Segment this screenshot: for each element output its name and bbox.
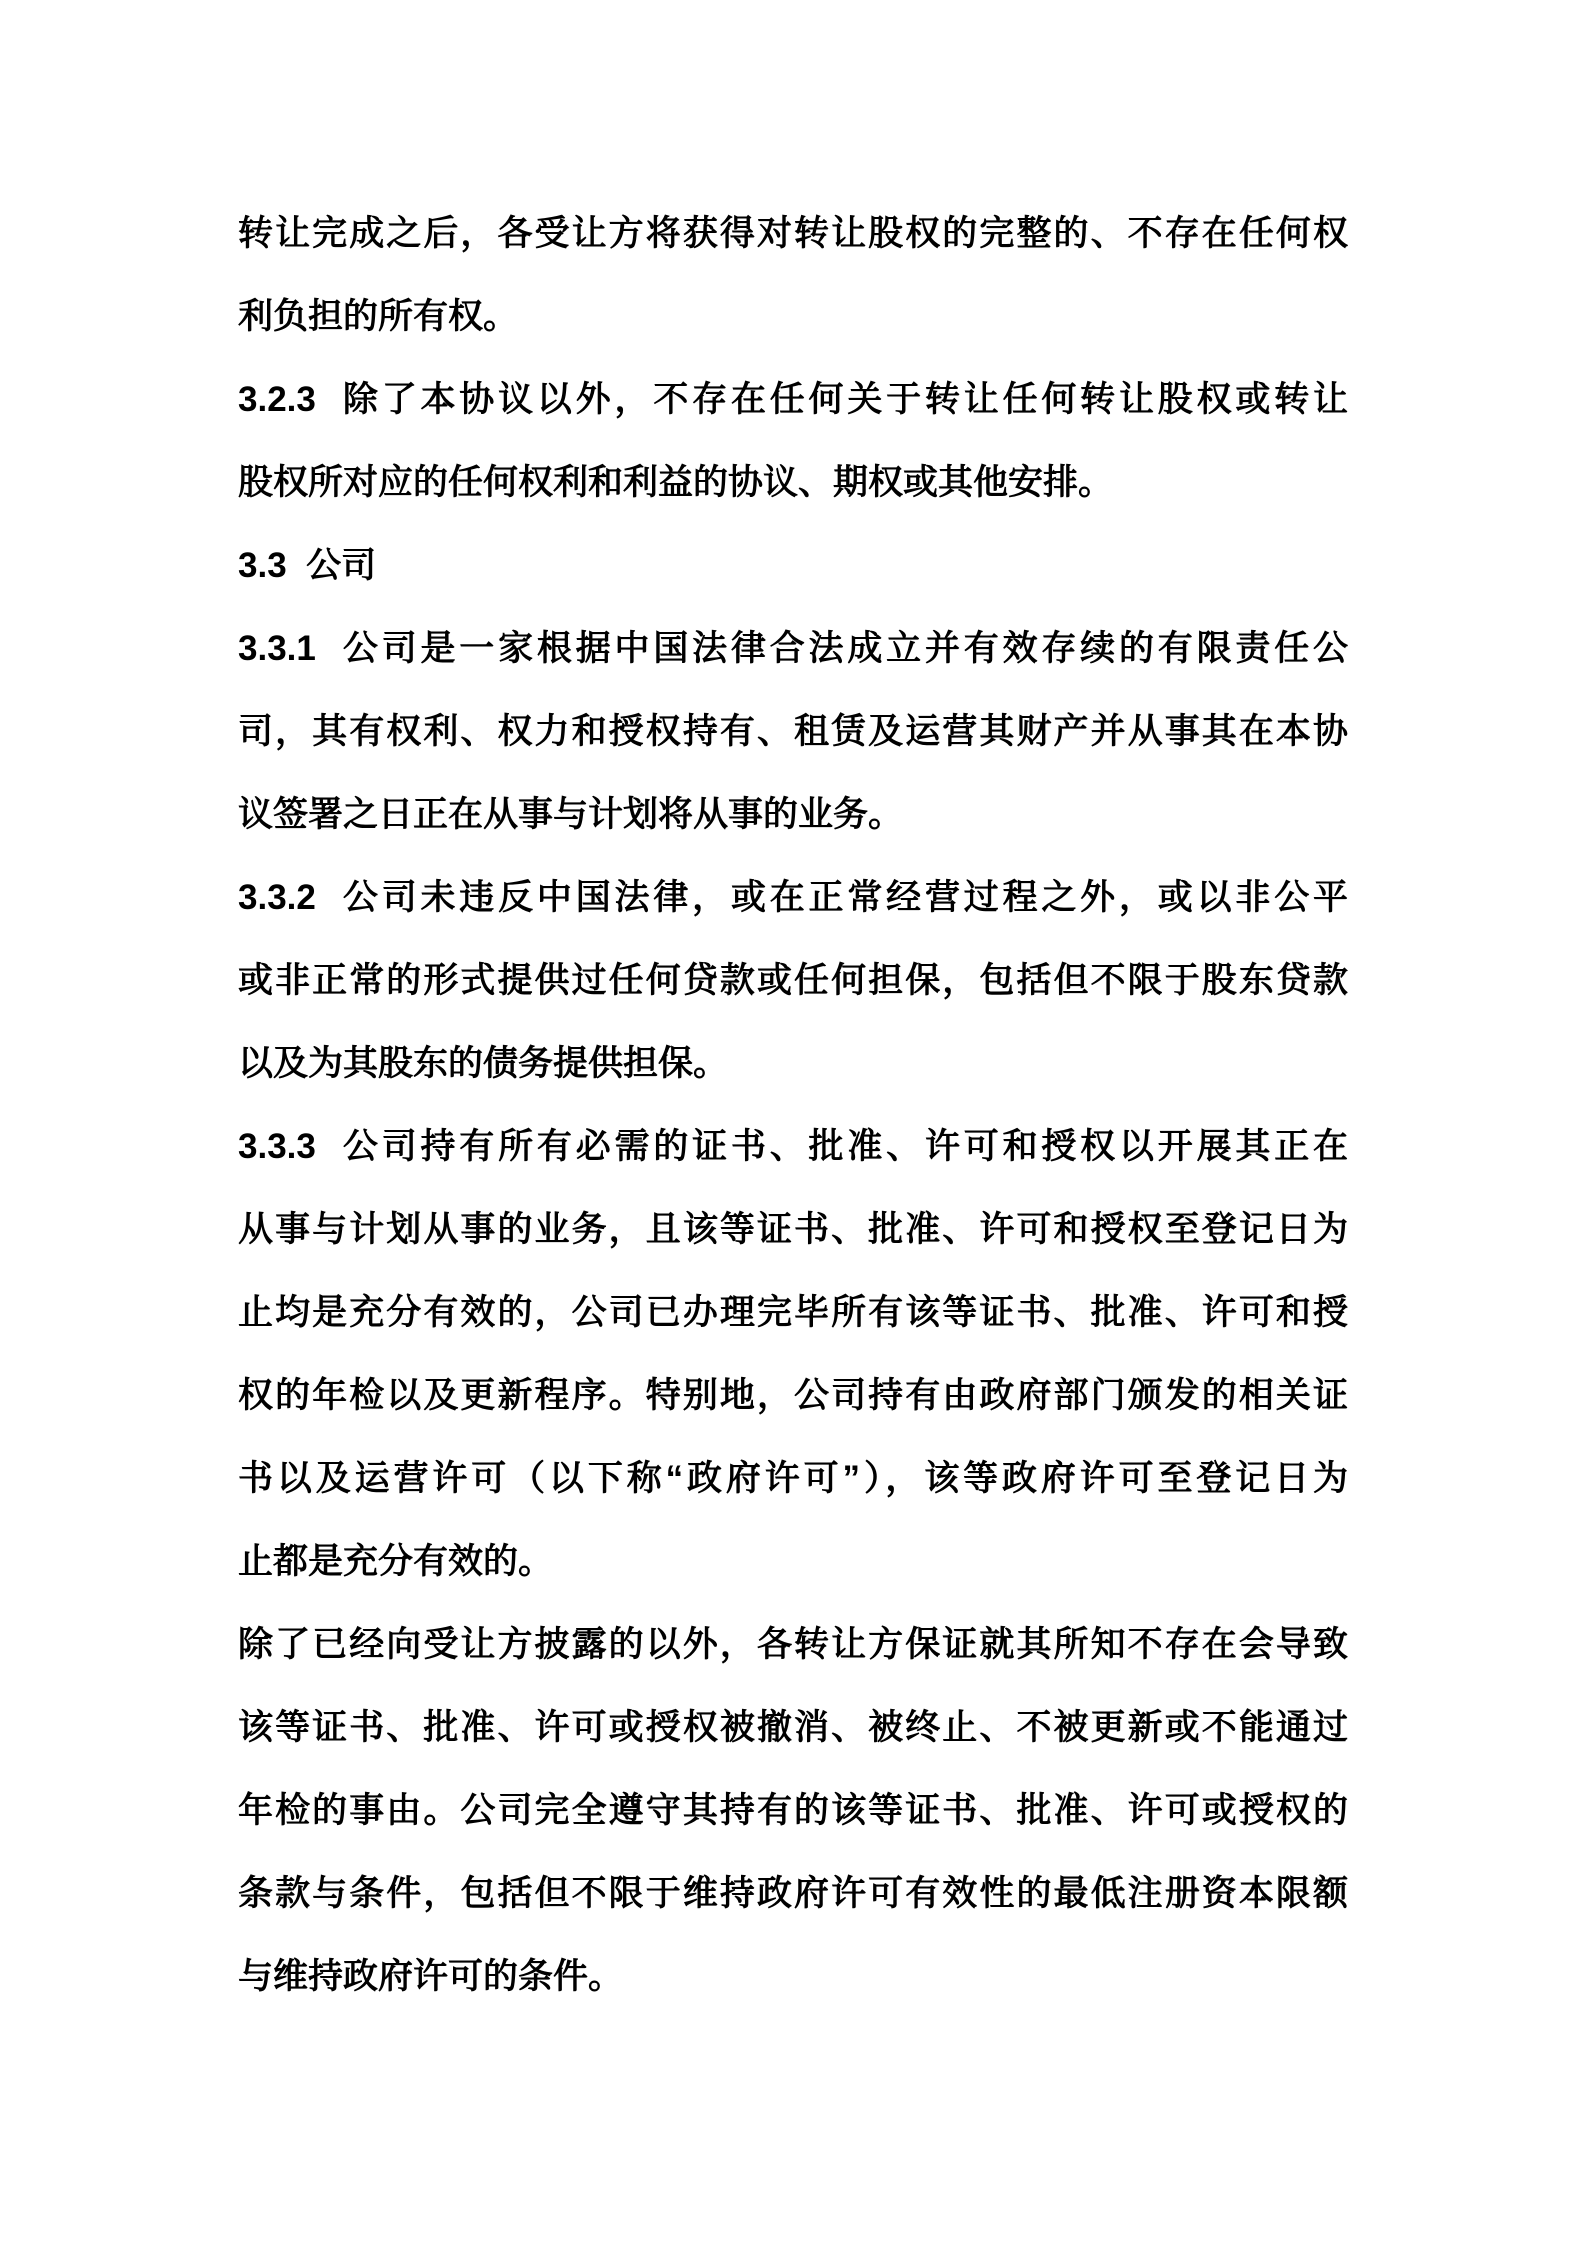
text-line: 3.2.3 除了本协议以外，不存在任何关于转让任何转让股权或转让 — [238, 358, 1348, 441]
clause-3-3-3-warranty-continuation: 除了已经向受让方披露的以外，各转让方保证就其所知不存在会导致 该等证书、批准、许… — [238, 1603, 1348, 2018]
text-line: 3.3.1 公司是一家根据中国法律合法成立并有效存续的有限责任公 — [238, 607, 1348, 690]
text-line: 以及为其股东的债务提供担保。 — [238, 1022, 1348, 1105]
clause-3-3-1: 3.3.1 公司是一家根据中国法律合法成立并有效存续的有限责任公 司，其有权利、… — [238, 607, 1348, 856]
text-line: 年检的事由。公司完全遵守其持有的该等证书、批准、许可或授权的 — [238, 1769, 1348, 1852]
text-line: 除了已经向受让方披露的以外，各转让方保证就其所知不存在会导致 — [238, 1603, 1348, 1686]
text-line: 议签署之日正在从事与计划将从事的业务。 — [238, 773, 1348, 856]
paragraph-3-2-2-continuation: 转让完成之后，各受让方将获得对转让股权的完整的、不存在任何权 利负担的所有权。 — [238, 192, 1348, 358]
text-line: 或非正常的形式提供过任何贷款或任何担保，包括但不限于股东贷款 — [238, 939, 1348, 1022]
clause-3-3-2: 3.3.2 公司未违反中国法律，或在正常经营过程之外，或以非公平 或非正常的形式… — [238, 856, 1348, 1105]
text-line: 3.3.3 公司持有所有必需的证书、批准、许可和授权以开展其正在 — [238, 1105, 1348, 1188]
text-line: 该等证书、批准、许可或授权被撤消、被终止、不被更新或不能通过 — [238, 1686, 1348, 1769]
text-line: 利负担的所有权。 — [238, 275, 1348, 358]
text-line: 条款与条件，包括但不限于维持政府许可有效性的最低注册资本限额 — [238, 1852, 1348, 1935]
text-line: 止都是充分有效的。 — [238, 1520, 1348, 1603]
text-line: 司，其有权利、权力和授权持有、租赁及运营其财产并从事其在本协 — [238, 690, 1348, 773]
text-line: 3.3.2 公司未违反中国法律，或在正常经营过程之外，或以非公平 — [238, 856, 1348, 939]
text-line: 止均是充分有效的，公司已办理完毕所有该等证书、批准、许可和授 — [238, 1271, 1348, 1354]
text-line: 从事与计划从事的业务，且该等证书、批准、许可和授权至登记日为 — [238, 1188, 1348, 1271]
text-line: 与维持政府许可的条件。 — [238, 1935, 1348, 2018]
section-heading: 3.3 公司 — [238, 524, 1348, 607]
text-line: 股权所对应的任何权利和利益的协议、期权或其他安排。 — [238, 441, 1348, 524]
clause-3-2-3: 3.2.3 除了本协议以外，不存在任何关于转让任何转让股权或转让 股权所对应的任… — [238, 358, 1348, 524]
document-page: 转让完成之后，各受让方将获得对转让股权的完整的、不存在任何权 利负担的所有权。 … — [238, 192, 1348, 2018]
heading-3-3: 3.3 公司 — [238, 524, 1348, 607]
clause-3-3-3: 3.3.3 公司持有所有必需的证书、批准、许可和授权以开展其正在 从事与计划从事… — [238, 1105, 1348, 1603]
text-line: 转让完成之后，各受让方将获得对转让股权的完整的、不存在任何权 — [238, 192, 1348, 275]
text-line: 权的年检以及更新程序。特别地，公司持有由政府部门颁发的相关证 — [238, 1354, 1348, 1437]
text-line: 书以及运营许可（以下称“政府许可”），该等政府许可至登记日为 — [238, 1437, 1348, 1520]
